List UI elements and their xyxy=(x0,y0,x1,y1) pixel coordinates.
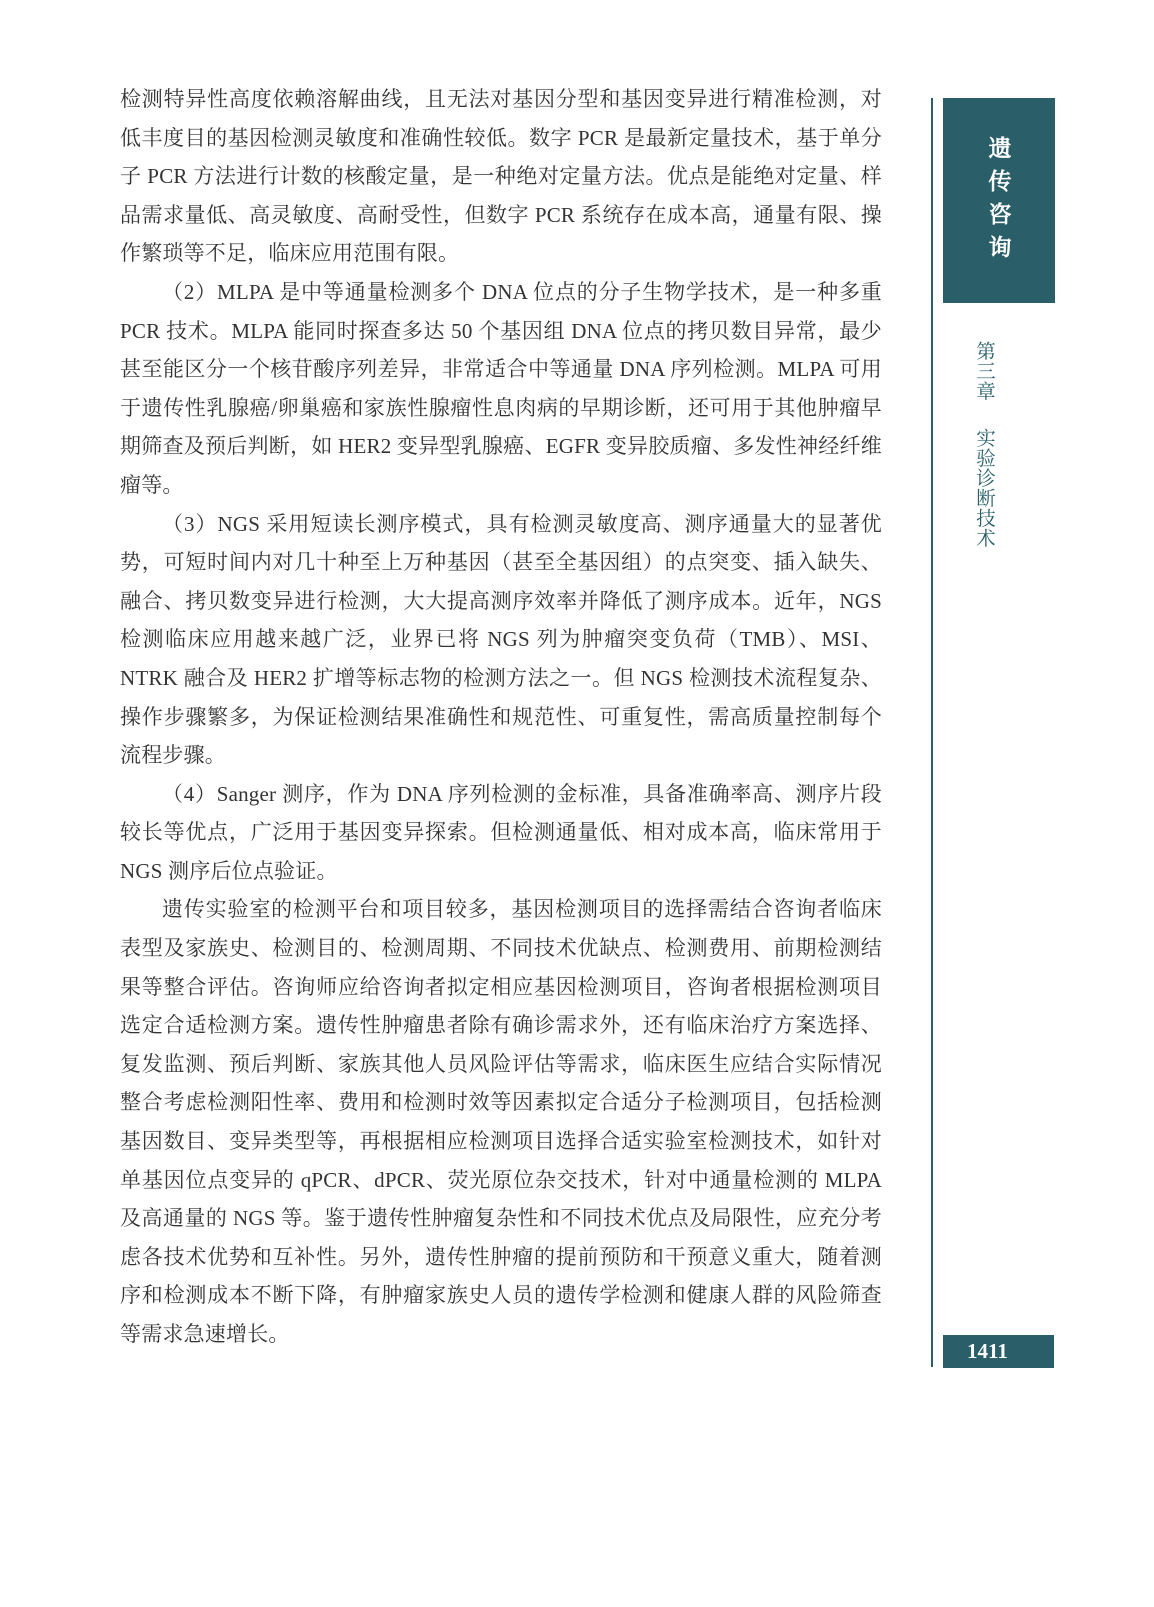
page-number: 1411 xyxy=(967,1339,1008,1363)
chapter-tab: 遗传咨询 xyxy=(943,98,1055,303)
chapter-number-label: 第三章 xyxy=(973,341,994,401)
sidebar-vertical-rule xyxy=(931,98,933,1367)
chapter-tab-label: 遗传咨询 xyxy=(983,136,1016,303)
paragraph-sanger: （4）Sanger 测序，作为 DNA 序列检测的金标准，具备准确率高、测序片段… xyxy=(120,775,882,891)
body-text-column: 检测特异性高度依赖溶解曲线，且无法对基因分型和基因变异进行精准检测，对低丰度目的… xyxy=(120,80,882,1354)
paragraph-mlpa: （2）MLPA 是中等通量检测多个 DNA 位点的分子生物学技术，是一种多重 P… xyxy=(120,273,882,505)
paragraph-ngs: （3）NGS 采用短读长测序模式，具有检测灵敏度高、测序通量大的显著优势，可短时… xyxy=(120,505,882,775)
paragraph-lab-platforms: 遗传实验室的检测平台和项目较多，基因检测项目的选择需结合咨询者临床表型及家族史、… xyxy=(120,890,882,1353)
section-heading: 第三章 实验诊断技术 xyxy=(969,341,997,548)
book-page: { "document": { "paragraphs": [ "检测特异性高度… xyxy=(0,0,1154,1607)
chapter-title-label: 实验诊断技术 xyxy=(973,428,994,548)
page-number-badge: 1411 xyxy=(943,1335,1054,1368)
paragraph-continuation: 检测特异性高度依赖溶解曲线，且无法对基因分型和基因变异进行精准检测，对低丰度目的… xyxy=(120,80,882,273)
